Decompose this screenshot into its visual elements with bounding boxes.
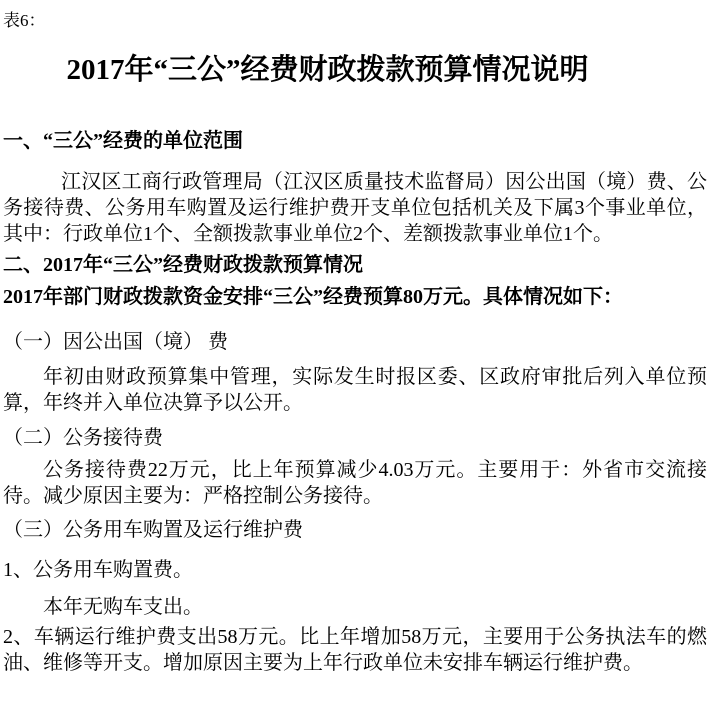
vehicle-maintenance-item: 2、车辆运行维护费支出58万元。比上年增加58万元，主要用于公务执法车的燃油、维…: [3, 624, 707, 676]
subsection-1-heading: （一）因公出国（境） 费: [3, 329, 707, 355]
subsection-1-paragraph: 年初由财政预算集中管理，实际发生时报区委、区政府审批后列入单位预算，年终并入单位…: [3, 364, 707, 416]
section-2-heading: 二、2017年“三公”经费财政拨款预算情况: [3, 252, 707, 278]
document: 表6： 2017年“三公”经费财政拨款预算情况说明 一、“三公”经费的单位范围 …: [0, 0, 710, 676]
vehicle-purchase-note: 本年无购车支出。: [3, 594, 707, 620]
section-1-paragraph: 江汉区工商行政管理局（江汉区质量技术监督局）因公出国（境）费、公务接待费、公务用…: [3, 169, 707, 247]
subsection-2-paragraph: 公务接待费22万元，比上年预算减少4.03万元。主要用于：外省市交流接待。减少原…: [3, 457, 707, 509]
vehicle-purchase-item: 1、公务用车购置费。: [3, 557, 707, 583]
section-1-heading: 一、“三公”经费的单位范围: [3, 128, 707, 154]
subsection-3-heading: （三）公务用车购置及运行维护费: [3, 517, 707, 543]
page-title: 2017年“三公”经费财政拨款预算情况说明: [3, 53, 652, 87]
section-2-intro: 2017年部门财政拨款资金安排“三公”经费预算80万元。具体情况如下：: [3, 284, 707, 310]
document-page: { "doc": { "label": "表6：", "title": "201…: [0, 0, 710, 711]
subsection-2-heading: （二）公务接待费: [3, 425, 707, 451]
table-label: 表6：: [3, 10, 707, 32]
